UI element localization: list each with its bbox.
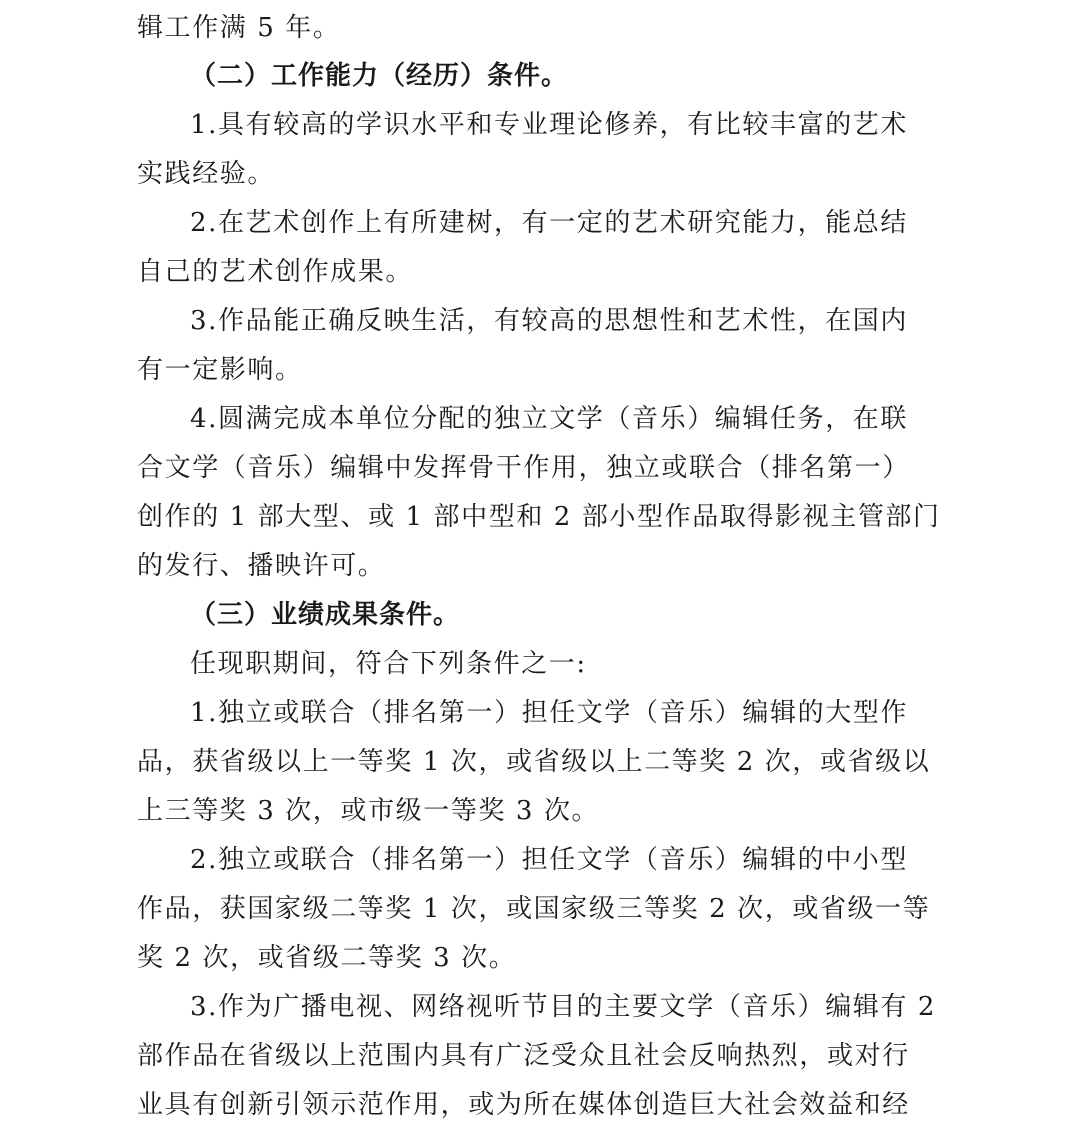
text-line-continuation: 作品，获国家级二等奖 1 次，或国家级三等奖 2 次，或省级一等 xyxy=(137,889,937,929)
text-line-continuation: 自己的艺术创作成果。 xyxy=(137,252,937,292)
text-line-continuation: 实践经验。 xyxy=(137,154,937,194)
paragraph-item-1-start: 1.具有较高的学识水平和专业理论修养，有比较丰富的艺术 xyxy=(190,105,990,145)
text-line-continuation: 奖 2 次，或省级二等奖 3 次。 xyxy=(137,938,937,978)
document-page: 辑工作满 5 年。 （二）工作能力（经历）条件。 1.具有较高的学识水平和专业理… xyxy=(0,0,1080,1128)
text-line-continuation: 合文学（音乐）编辑中发挥骨干作用，独立或联合（排名第一） xyxy=(137,448,937,488)
paragraph-item-4-start: 4.圆满完成本单位分配的独立文学（音乐）编辑任务，在联 xyxy=(190,399,990,439)
text-line-continuation: 品，获省级以上一等奖 1 次，或省级以上二等奖 2 次，或省级以 xyxy=(137,742,937,782)
paragraph-item-1-start: 1.独立或联合（排名第一）担任文学（音乐）编辑的大型作 xyxy=(190,693,990,733)
text-line-continuation: 部作品在省级以上范围内具有广泛受众且社会反响热烈，或对行 xyxy=(137,1036,937,1076)
text-line-continuation: 的发行、播映许可。 xyxy=(137,546,937,586)
paragraph-item-2-start: 2.独立或联合（排名第一）担任文学（音乐）编辑的中小型 xyxy=(190,840,990,880)
paragraph-intro: 任现职期间，符合下列条件之一: xyxy=(190,644,990,684)
section-heading-performance: （三）业绩成果条件。 xyxy=(190,595,990,635)
text-line-continuation: 创作的 1 部大型、或 1 部中型和 2 部小型作品取得影视主管部门 xyxy=(137,497,937,537)
text-line-continuation: 上三等奖 3 次，或市级一等奖 3 次。 xyxy=(137,791,937,831)
text-line-continuation: 有一定影响。 xyxy=(137,350,937,390)
section-heading-work-ability: （二）工作能力（经历）条件。 xyxy=(190,56,990,96)
text-line-continuation: 业具有创新引领示范作用，或为所在媒体创造巨大社会效益和经 xyxy=(137,1085,937,1125)
paragraph-item-2-start: 2.在艺术创作上有所建树，有一定的艺术研究能力，能总结 xyxy=(190,203,990,243)
text-line-continuation: 辑工作满 5 年。 xyxy=(137,8,937,48)
paragraph-item-3-start: 3.作为广播电视、网络视听节目的主要文学（音乐）编辑有 2 xyxy=(190,987,990,1027)
paragraph-item-3-start: 3.作品能正确反映生活，有较高的思想性和艺术性，在国内 xyxy=(190,301,990,341)
